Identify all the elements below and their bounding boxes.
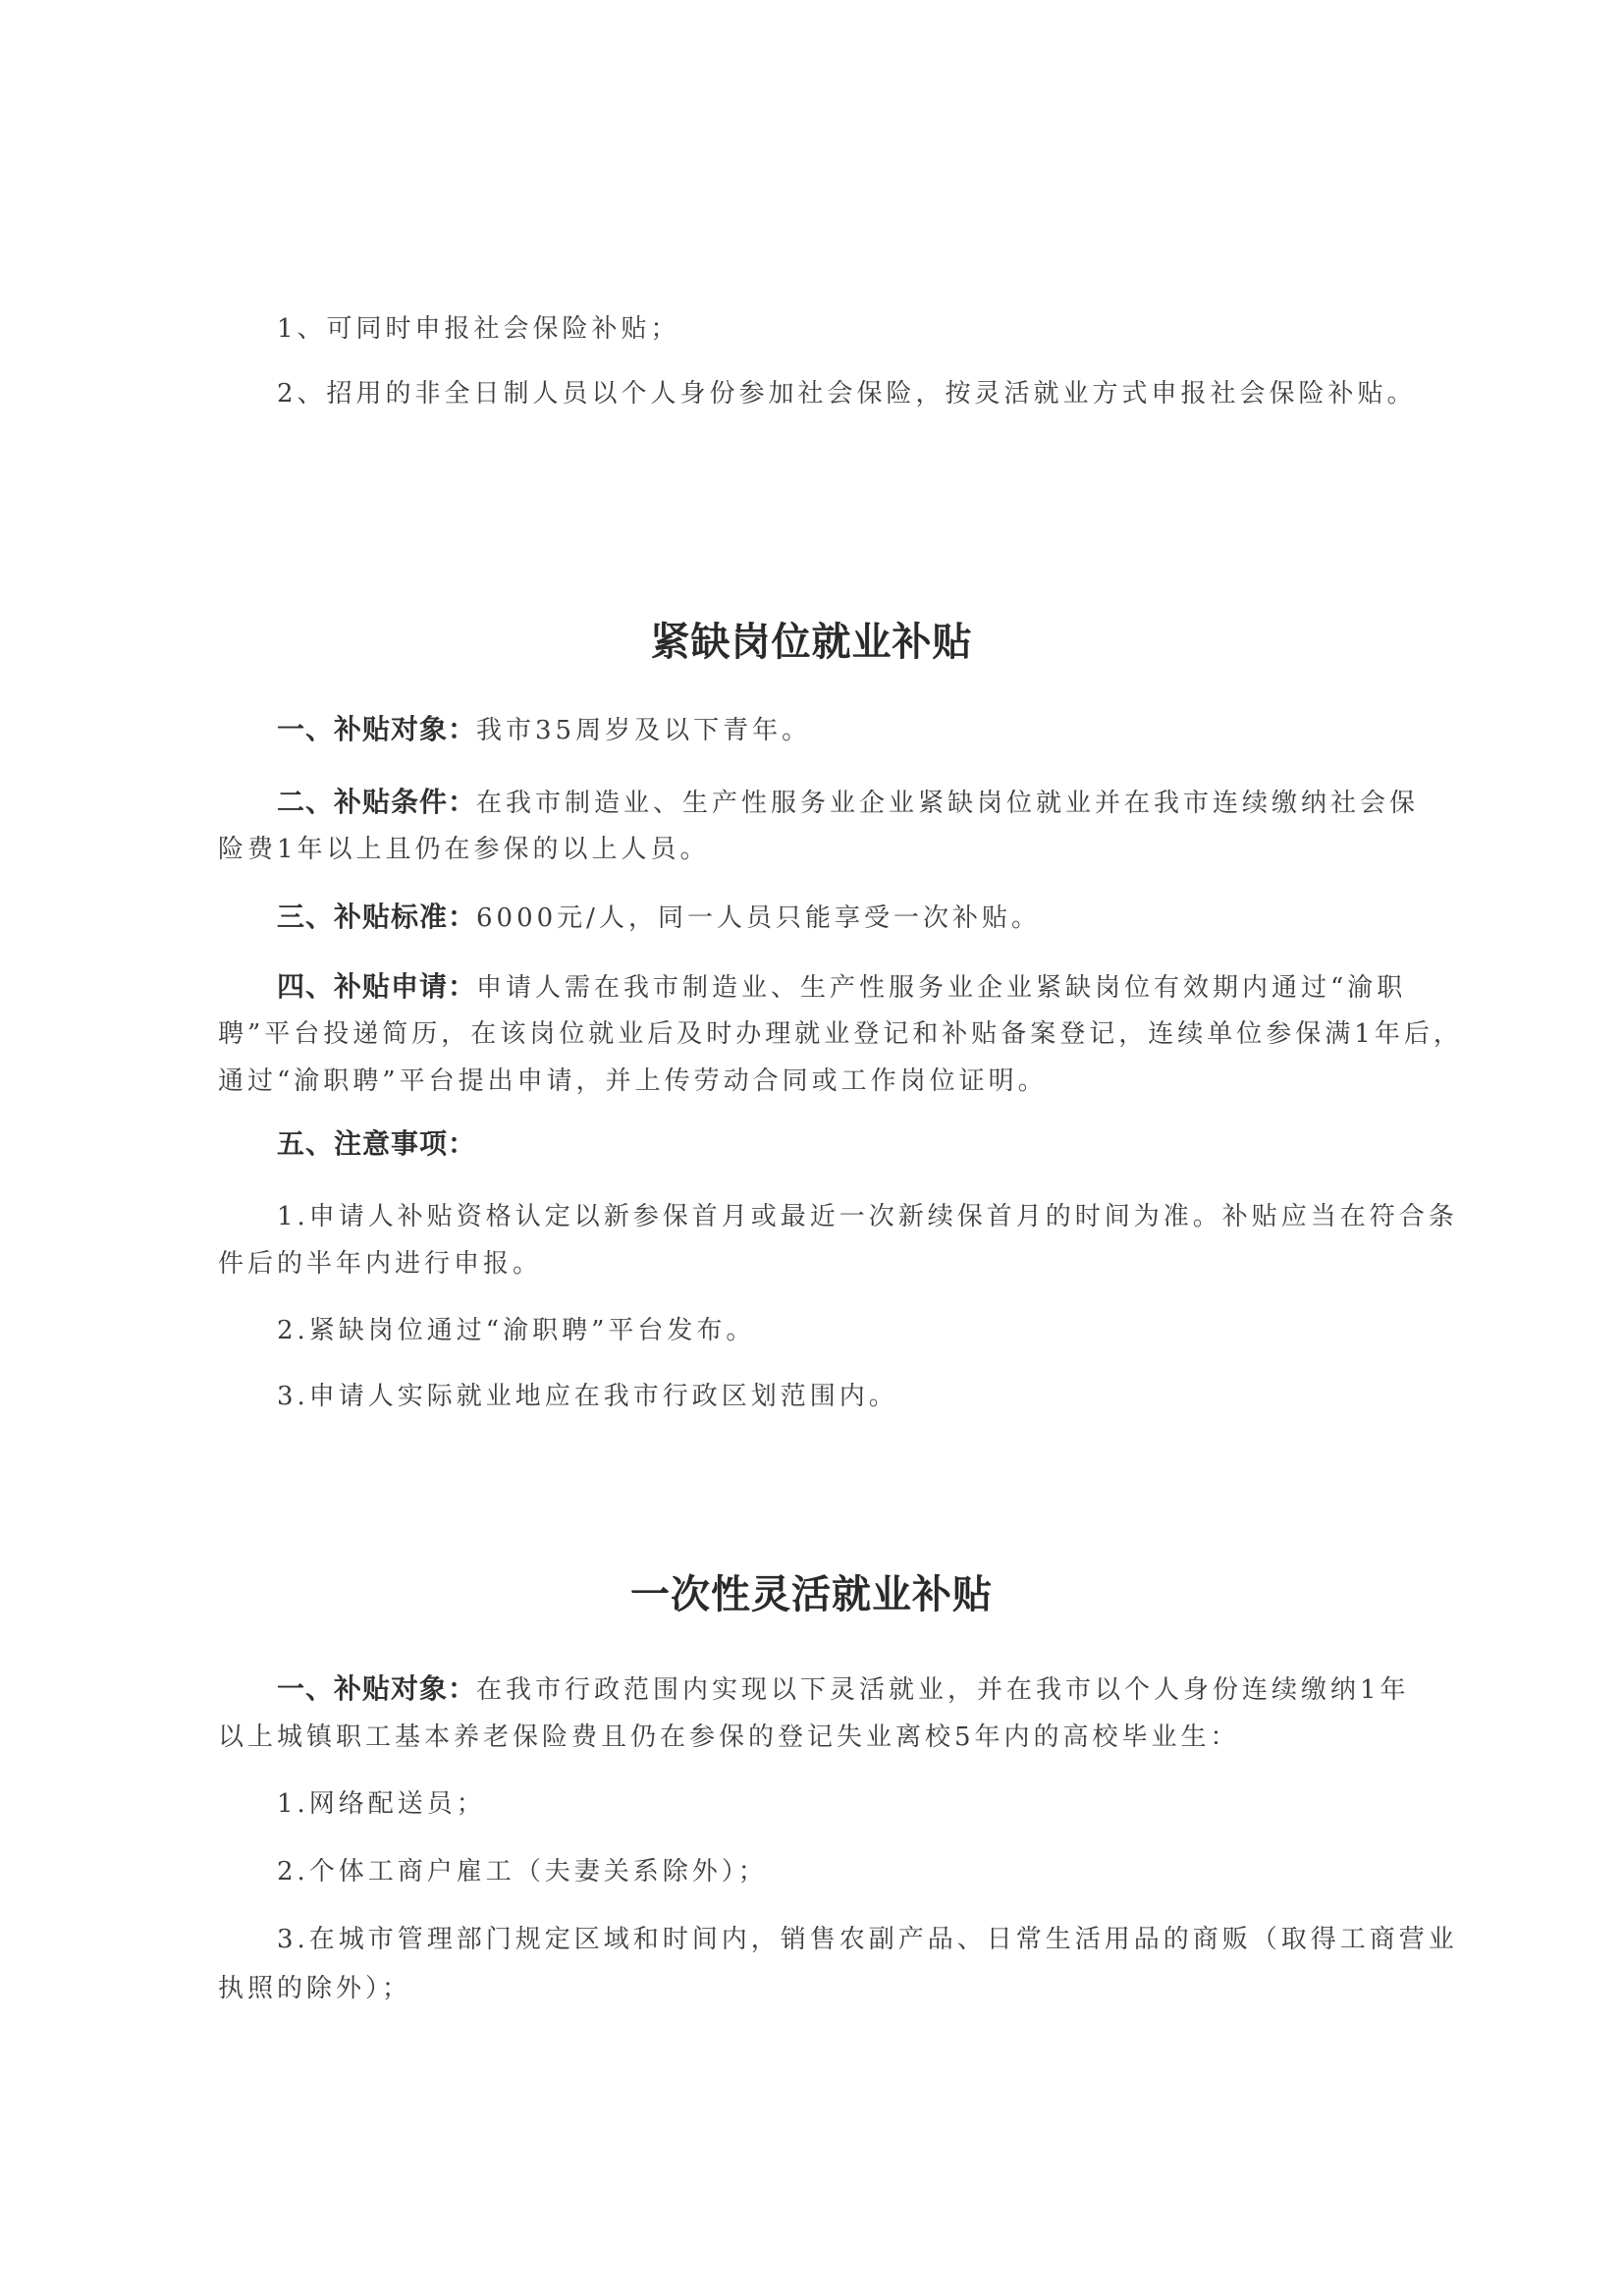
item-label: 一、补贴对象： bbox=[277, 1672, 476, 1705]
section2-list-3-cont: 执照的除外）； bbox=[218, 1972, 1422, 2005]
section1-note-3: 3.申请人实际就业地应在我市行政区划范围内。 bbox=[277, 1380, 1422, 1413]
item-label: 四、补贴申请： bbox=[277, 970, 476, 1003]
section1-item-3: 三、补贴标准：6000元/人，同一人员只能享受一次补贴。 bbox=[277, 901, 1422, 935]
item-text: 6000元/人，同一人员只能享受一次补贴。 bbox=[476, 903, 1041, 933]
section2-list-3: 3.在城市管理部门规定区域和时间内，销售农副产品、日常生活用品的商贩（取得工商营… bbox=[277, 1923, 1422, 1956]
item-label: 二、补贴条件： bbox=[277, 786, 476, 818]
section1-item-4: 四、补贴申请：申请人需在我市制造业、生产性服务业企业紧缺岗位有效期内通过“渝职 bbox=[277, 970, 1422, 1005]
top-note-1: 1、可同时申报社会保险补贴； bbox=[277, 312, 1422, 346]
section1-title: 紧缺岗位就业补贴 bbox=[0, 611, 1623, 667]
section2-list-1: 1.网络配送员； bbox=[277, 1787, 1422, 1821]
item-text: 申请人需在我市制造业、生产性服务业企业紧缺岗位有效期内通过“渝职 bbox=[476, 973, 1406, 1003]
item-text: 在我市制造业、生产性服务业企业紧缺岗位就业并在我市连续缴纳社会保 bbox=[476, 789, 1419, 818]
section1-item-1: 一、补贴对象：我市35周岁及以下青年。 bbox=[277, 713, 1422, 747]
section2-item-1: 一、补贴对象：在我市行政范围内实现以下灵活就业，并在我市以个人身份连续缴纳1年 bbox=[277, 1672, 1422, 1707]
item-text: 在我市行政范围内实现以下灵活就业，并在我市以个人身份连续缴纳1年 bbox=[476, 1675, 1410, 1705]
item-label: 五、注意事项： bbox=[277, 1127, 476, 1160]
section1-item-2-cont: 险费1年以上且仍在参保的以上人员。 bbox=[218, 833, 1422, 866]
section1-note-2: 2.紧缺岗位通过“渝职聘”平台发布。 bbox=[277, 1314, 1422, 1347]
section1-item-2: 二、补贴条件：在我市制造业、生产性服务业企业紧缺岗位就业并在我市连续缴纳社会保 bbox=[277, 786, 1422, 820]
item-label: 三、补贴标准： bbox=[277, 901, 476, 933]
section2-list-2: 2.个体工商户雇工（夫妻关系除外）； bbox=[277, 1855, 1422, 1888]
section1-item-4-cont-1: 聘”平台投递简历，在该岗位就业后及时办理就业登记和补贴备案登记，连续单位参保满1… bbox=[218, 1017, 1422, 1051]
section1-item-4-cont-2: 通过“渝职聘”平台提出申请，并上传劳动合同或工作岗位证明。 bbox=[218, 1065, 1422, 1098]
section2-item-1-cont: 以上城镇职工基本养老保险费且仍在参保的登记失业离校5年内的高校毕业生： bbox=[218, 1721, 1422, 1754]
top-note-2: 2、招用的非全日制人员以个人身份参加社会保险，按灵活就业方式申报社会保险补贴。 bbox=[277, 377, 1422, 410]
item-text: 我市35周岁及以下青年。 bbox=[476, 716, 811, 745]
section1-note-1: 1.申请人补贴资格认定以新参保首月或最近一次新续保首月的时间为准。补贴应当在符合… bbox=[277, 1200, 1422, 1233]
document-page: 1、可同时申报社会保险补贴； 2、招用的非全日制人员以个人身份参加社会保险，按灵… bbox=[0, 0, 1623, 2296]
section2-title: 一次性灵活就业补贴 bbox=[0, 1563, 1623, 1619]
section1-item-5: 五、注意事项： bbox=[277, 1127, 1422, 1162]
item-label: 一、补贴对象： bbox=[277, 713, 476, 745]
section1-note-1-cont: 件后的半年内进行申报。 bbox=[218, 1247, 1422, 1281]
